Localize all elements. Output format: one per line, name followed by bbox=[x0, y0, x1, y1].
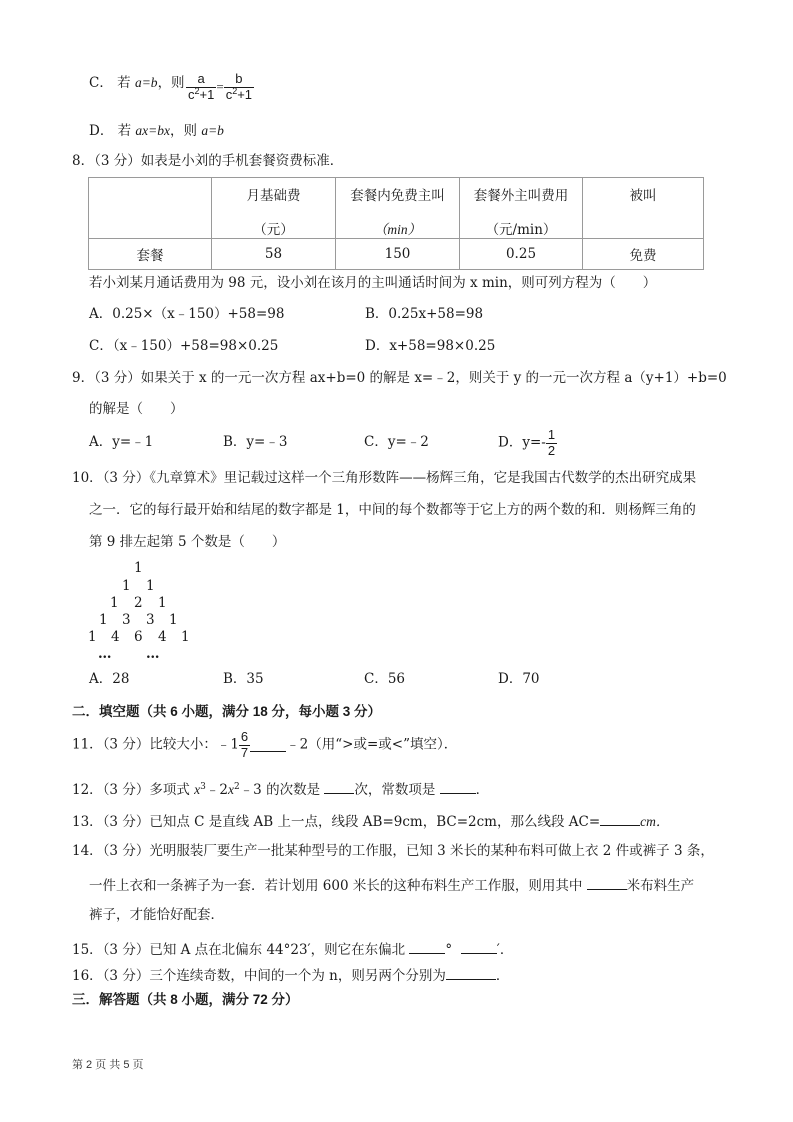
ellipsis-right: … bbox=[146, 648, 160, 662]
section-2-title: 二．填空题（共 6 小题，满分 18 分，每小题 3 分） bbox=[72, 705, 381, 719]
fee-table-row: 套餐 58 150 0.25 免费 bbox=[89, 239, 704, 270]
q10-stem-line1: 10．（3 分）《九章算术》里记载过这样一个三角形数阵——杨辉三角，它是我国古代… bbox=[72, 472, 696, 486]
q14-line2: 一件上衣和一条裤子为一套．若计划用 600 米长的这种布料生产工作服，则用其中 … bbox=[89, 877, 694, 894]
option-label: C． bbox=[89, 75, 113, 91]
q14-line3: 裤子，才能恰好配套． bbox=[89, 909, 224, 923]
answer-blank-constant[interactable] bbox=[440, 781, 476, 794]
q8-question: 若小刘某月通话费用为 98 元，设小刘在该月的主叫通话时间为 x min，则可列… bbox=[89, 277, 656, 291]
page-footer: 第 2 页 共 5 页 bbox=[72, 1060, 144, 1071]
q9-stem-line1: 9．（3 分）如果关于 x 的一元一次方程 ax+b=0 的解是 x=﹣2，则关… bbox=[72, 372, 727, 386]
q10-stem-line3: 第 9 排左起第 5 个数是（ ） bbox=[89, 536, 285, 550]
q8-option-d: D．x+58=98×0.25 bbox=[365, 340, 495, 354]
fraction-six-sevenths: 67 bbox=[239, 730, 250, 761]
q10-option-b: B．35 bbox=[223, 673, 264, 687]
q10-option-a: A．28 bbox=[89, 673, 129, 687]
q15: 15．（3 分）已知 A 点在北偏东 44°23′，则它在东偏北 ° ′． bbox=[72, 941, 513, 958]
q8-option-b: B．0.25x+58=98 bbox=[365, 308, 483, 322]
header-cell-base-fee: 月基础费 （元） bbox=[212, 178, 336, 239]
section-3-title: 三．解答题（共 8 小题，满分 72 分） bbox=[72, 993, 299, 1007]
q13: 13．（3 分）已知点 C 是直线 AB 上一点，线段 AB=9cm，BC=2c… bbox=[72, 813, 669, 830]
q10-option-c: C．56 bbox=[364, 673, 405, 687]
q9-option-c: C．y=﹣2 bbox=[364, 436, 429, 450]
q9-option-b: B．y=﹣3 bbox=[223, 436, 287, 450]
header-cell-incoming: 被叫 bbox=[583, 178, 704, 239]
q10-option-d: D．70 bbox=[498, 673, 540, 687]
q9-option-d: D．y=-12 bbox=[498, 428, 557, 459]
fee-table-header-row: 月基础费 （元） 套餐内免费主叫 （min） 套餐外主叫费用 （元/min） 被… bbox=[89, 178, 704, 239]
fraction-one-half: 12 bbox=[546, 428, 557, 459]
header-cell-empty bbox=[89, 178, 212, 239]
answer-blank[interactable] bbox=[587, 877, 627, 890]
q12: 12．（3 分）多项式 x3﹣2x2﹣3 的次数是 次，常数项是 ． bbox=[72, 781, 489, 798]
answer-blank[interactable] bbox=[600, 813, 640, 826]
row-label: 套餐 bbox=[89, 239, 212, 270]
fraction-a-over-c2plus1: a c2+1 bbox=[186, 72, 216, 103]
q11: 11．（3 分）比较大小：﹣167﹣2（用“>或=或<”填空）． bbox=[72, 730, 457, 761]
q7-option-c: C． 若 a=b，则 bbox=[89, 76, 185, 91]
q8-option-c: C．（x﹣150）+58=98×0.25 bbox=[89, 340, 278, 354]
q9-option-a: A．y=﹣1 bbox=[89, 436, 153, 450]
q10-stem-line2: 之一．它的每行最开始和结尾的数字都是 1，中间的每个数都等于它上方的两个数的和．… bbox=[89, 504, 696, 518]
answer-blank[interactable] bbox=[446, 967, 496, 980]
q9-stem-line2: 的解是（ ） bbox=[89, 403, 184, 417]
answer-blank-degrees[interactable] bbox=[409, 941, 445, 954]
answer-blank-minutes[interactable] bbox=[461, 941, 497, 954]
answer-blank-degree[interactable] bbox=[324, 781, 354, 794]
q16: 16．（3 分）三个连续奇数，中间的一个为 n，则另两个分别为． bbox=[72, 967, 509, 984]
header-cell-extra-fee: 套餐外主叫费用 （元/min） bbox=[460, 178, 583, 239]
header-cell-free-minutes: 套餐内免费主叫 （min） bbox=[336, 178, 460, 239]
q8-stem: 8．（3 分）如表是小刘的手机套餐资费标准． bbox=[72, 155, 343, 169]
answer-blank[interactable] bbox=[250, 739, 286, 752]
cell-free-minutes: 150 bbox=[336, 239, 460, 270]
cell-base-fee: 58 bbox=[212, 239, 336, 270]
cell-extra-fee: 0.25 bbox=[460, 239, 583, 270]
fraction-b-over-c2plus1: b c2+1 bbox=[224, 72, 254, 103]
q8-option-a: A．0.25×（x﹣150）+58=98 bbox=[89, 308, 284, 322]
q7-option-d: D． 若 ax=bx，则 a=b bbox=[89, 124, 224, 139]
q7-option-c-fractions: a c2+1 = b c2+1 bbox=[186, 72, 254, 103]
ellipsis-left: … bbox=[98, 648, 112, 662]
cell-incoming: 免费 bbox=[583, 239, 704, 270]
q14-line1: 14．（3 分）光明服装厂要生产一批某种型号的工作服，已知 3 米长的某种布料可… bbox=[72, 845, 714, 859]
fee-table: 月基础费 （元） 套餐内免费主叫 （min） 套餐外主叫费用 （元/min） 被… bbox=[88, 177, 704, 270]
